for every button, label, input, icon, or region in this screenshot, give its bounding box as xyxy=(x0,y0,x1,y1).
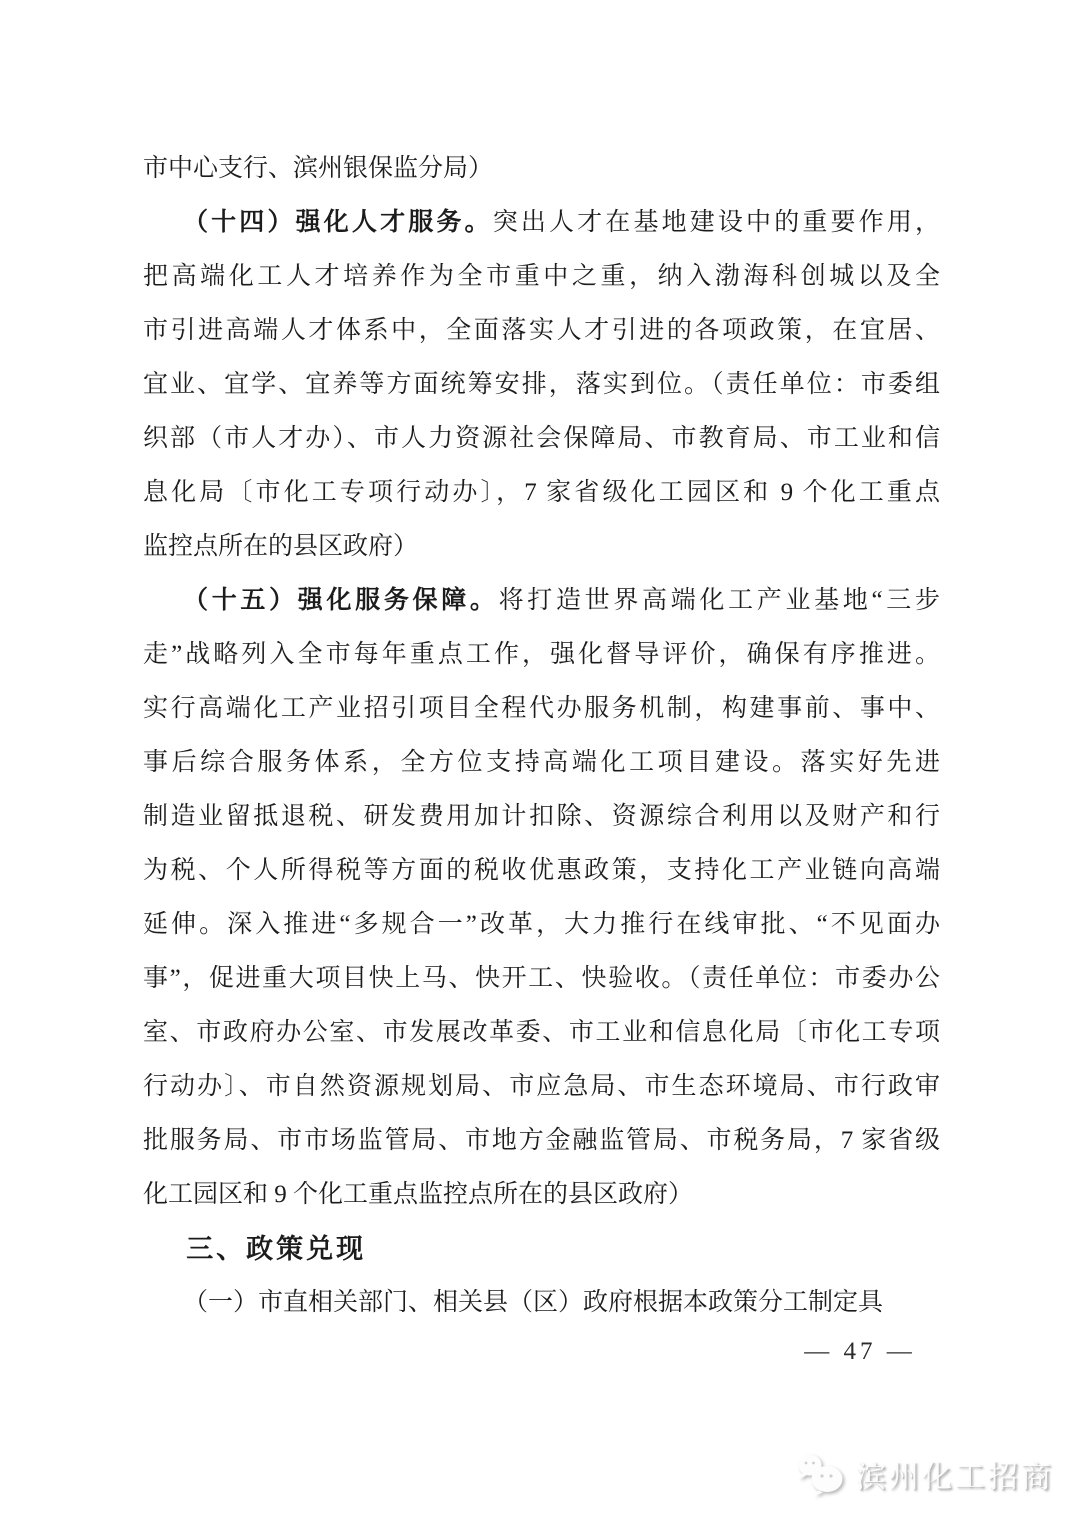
text-line: 批服务局、市市场监管局、市地方金融监管局、市税务局，7 家省级 xyxy=(143,1114,940,1168)
body-text: 制造业留抵退税、研发费用加计扣除、资源综合利用以及财产和行 xyxy=(143,803,940,830)
text-line: 室、市政府办公室、市发展改革委、市工业和信息化局〔市化工专项 xyxy=(143,1006,940,1060)
watermark: 滨州化工招商 xyxy=(796,1452,1054,1496)
text-line: （十四）强化人才服务。突出人才在基地建设中的重要作用， xyxy=(143,196,940,250)
section-heading: 三、政策兑现 xyxy=(143,1222,940,1276)
body-text: 事”，促进重大项目快上马、快开工、快验收。（责任单位：市委办公 xyxy=(143,965,940,992)
text-line: 行动办〕、市自然资源规划局、市应急局、市生态环境局、市行政审 xyxy=(143,1060,940,1114)
body-text: 实行高端化工产业招引项目全程代办服务机制，构建事前、事中、 xyxy=(143,695,940,722)
emphasized-text: （十四）强化人才服务。 xyxy=(183,209,493,236)
emphasized-text: （十五）强化服务保障。 xyxy=(183,587,499,614)
wechat-logo-icon xyxy=(796,1452,848,1496)
text-line: 为税、个人所得税等方面的税收优惠政策，支持化工产业链向高端 xyxy=(143,844,940,898)
page-number: — 47 — xyxy=(795,1330,925,1374)
body-text: 延伸。深入推进“多规合一”改革，大力推行在线审批、“不见面办 xyxy=(143,911,940,938)
text-line: 监控点所在的县区政府） xyxy=(143,520,940,574)
text-line: （一）市直相关部门、相关县（区）政府根据本政策分工制定具 xyxy=(143,1276,940,1330)
text-line: 宜业、宜学、宜养等方面统筹安排，落实到位。（责任单位：市委组 xyxy=(143,358,940,412)
body-text: 为税、个人所得税等方面的税收优惠政策，支持化工产业链向高端 xyxy=(143,857,940,884)
body-text: 息化局〔市化工专项行动办〕，7 家省级化工园区和 9 个化工重点 xyxy=(143,479,940,506)
body-text: 走”战略列入全市每年重点工作，强化督导评价，确保有序推进。 xyxy=(143,641,940,668)
body-text: （一）市直相关部门、相关县（区）政府根据本政策分工制定具 xyxy=(183,1289,883,1316)
text-line: 把高端化工人才培养作为全市重中之重，纳入渤海科创城以及全 xyxy=(143,250,940,304)
text-line: 市引进高端人才体系中，全面落实人才引进的各项政策，在宜居、 xyxy=(143,304,940,358)
body-text: 织部（市人才办）、市人力资源社会保障局、市教育局、市工业和信 xyxy=(143,425,940,452)
body-text: 化工园区和 9 个化工重点监控点所在的县区政府） xyxy=(143,1181,693,1208)
body-text: 监控点所在的县区政府） xyxy=(143,533,418,560)
body-text: 行动办〕、市自然资源规划局、市应急局、市生态环境局、市行政审 xyxy=(143,1073,940,1100)
text-line: 事”，促进重大项目快上马、快开工、快验收。（责任单位：市委办公 xyxy=(143,952,940,1006)
text-line: 市中心支行、滨州银保监分局） xyxy=(143,142,940,196)
text-line: （十五）强化服务保障。将打造世界高端化工产业基地“三步 xyxy=(143,574,940,628)
text-line: 化工园区和 9 个化工重点监控点所在的县区政府） xyxy=(143,1168,940,1222)
watermark-text: 滨州化工招商 xyxy=(856,1452,1054,1496)
body-text: 突出人才在基地建设中的重要作用， xyxy=(493,209,940,236)
body-text: 市引进高端人才体系中，全面落实人才引进的各项政策，在宜居、 xyxy=(143,317,940,344)
body-text: 将打造世界高端化工产业基地“三步 xyxy=(499,587,940,614)
body-text: 室、市政府办公室、市发展改革委、市工业和信息化局〔市化工专项 xyxy=(143,1019,940,1046)
text-line: 织部（市人才办）、市人力资源社会保障局、市教育局、市工业和信 xyxy=(143,412,940,466)
body-text: 市中心支行、滨州银保监分局） xyxy=(143,155,493,182)
text-line: 走”战略列入全市每年重点工作，强化督导评价，确保有序推进。 xyxy=(143,628,940,682)
text-line: 实行高端化工产业招引项目全程代办服务机制，构建事前、事中、 xyxy=(143,682,940,736)
document-page: 市中心支行、滨州银保监分局）（十四）强化人才服务。突出人才在基地建设中的重要作用… xyxy=(0,0,1080,1527)
body-text: 把高端化工人才培养作为全市重中之重，纳入渤海科创城以及全 xyxy=(143,263,940,290)
emphasized-text: 三、政策兑现 xyxy=(186,1234,366,1264)
text-line: 延伸。深入推进“多规合一”改革，大力推行在线审批、“不见面办 xyxy=(143,898,940,952)
body-text: 批服务局、市市场监管局、市地方金融监管局、市税务局，7 家省级 xyxy=(143,1127,940,1154)
body-text: 宜业、宜学、宜养等方面统筹安排，落实到位。（责任单位：市委组 xyxy=(143,371,940,398)
document-body: 市中心支行、滨州银保监分局）（十四）强化人才服务。突出人才在基地建设中的重要作用… xyxy=(143,142,940,1330)
text-line: 息化局〔市化工专项行动办〕，7 家省级化工园区和 9 个化工重点 xyxy=(143,466,940,520)
text-line: 事后综合服务体系，全方位支持高端化工项目建设。落实好先进 xyxy=(143,736,940,790)
body-text: 事后综合服务体系，全方位支持高端化工项目建设。落实好先进 xyxy=(143,749,940,776)
text-line: 制造业留抵退税、研发费用加计扣除、资源综合利用以及财产和行 xyxy=(143,790,940,844)
